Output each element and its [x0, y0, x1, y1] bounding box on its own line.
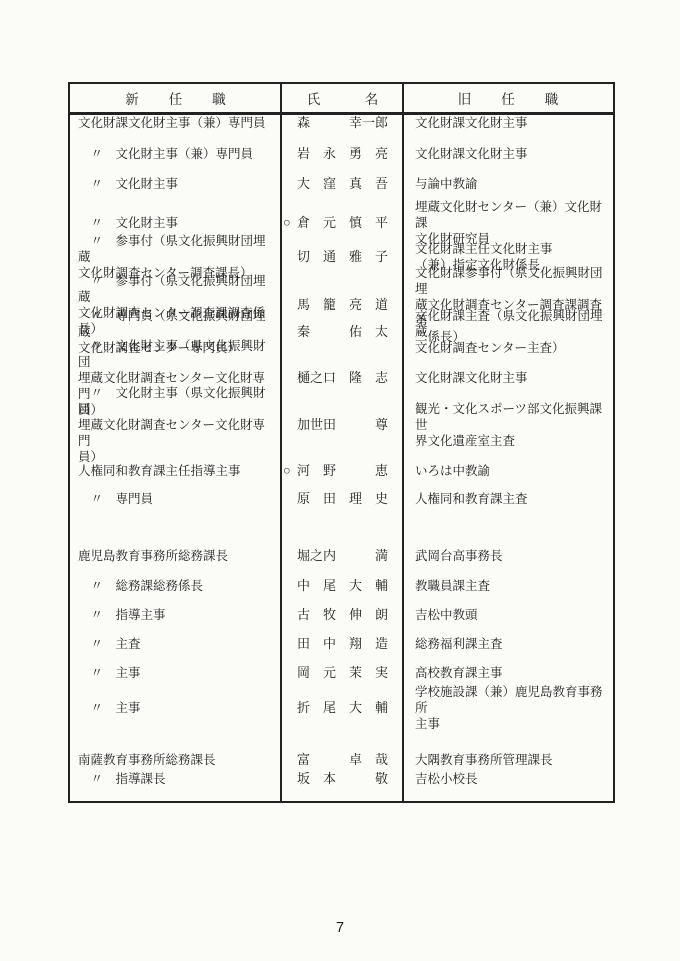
person-name: 折 尾 大 輔 — [297, 700, 388, 715]
person-name: 堀之内 満 — [297, 548, 388, 563]
person-name: 加世田 尊 — [297, 417, 388, 432]
table-row: 〃 文化財主事大 窪 真 吾与論中教諭 — [70, 176, 613, 192]
old-position-cell: 大隅教育事務所管理課長 — [404, 752, 613, 768]
person-name: 坂 本 敬 — [297, 771, 388, 786]
name-cell: 古 牧 伸 朗 — [282, 607, 404, 623]
old-position-cell: 吉松中教頭 — [404, 607, 613, 623]
new-position-cell: 〃 主事 — [70, 700, 282, 716]
name-cell: ○河 野 恵 — [282, 463, 404, 479]
page-number: 7 — [0, 920, 680, 936]
person-name: 大 窪 真 吾 — [297, 176, 388, 191]
person-name: 中 尾 大 輔 — [297, 578, 388, 593]
old-position-cell: 文化財課文化財主事 — [404, 146, 613, 162]
name-cell: 切 通 雅 子 — [282, 249, 404, 265]
new-position-cell: 〃 専門員 — [70, 491, 282, 507]
old-position-cell: 人権同和教育課主査 — [404, 491, 613, 507]
person-name: 富 卓 哉 — [297, 752, 388, 767]
name-cell: 樋之口 隆 志 — [282, 370, 404, 386]
table-row: 〃 文化財主事（兼）専門員岩 永 勇 亮文化財課文化財主事 — [70, 146, 613, 162]
name-cell: 富 卓 哉 — [282, 752, 404, 768]
table-row: 人権同和教育課主任指導主事○河 野 恵いろは中教諭 — [70, 463, 613, 479]
new-position-cell: 〃 文化財主事 — [70, 176, 282, 192]
header-new-position: 新 任 職 — [70, 88, 282, 108]
old-position-cell: 総務福利課主査 — [404, 636, 613, 652]
header-old-position: 旧 任 職 — [404, 88, 613, 108]
new-position-cell: 〃 指導課長 — [70, 771, 282, 787]
new-position-cell: 〃 指導主事 — [70, 607, 282, 623]
person-name: 岩 永 勇 亮 — [297, 146, 388, 161]
person-name: 秦 佑 太 — [297, 324, 388, 339]
table-row: 〃 文化財主事（県文化振興財団 埋蔵文化財調査センター文化財専門 員）加世田 尊… — [70, 385, 613, 465]
new-position-cell: 〃 主事 — [70, 665, 282, 681]
name-cell: 中 尾 大 輔 — [282, 578, 404, 594]
person-name: 森 幸一郎 — [297, 115, 388, 130]
name-cell: 森 幸一郎 — [282, 115, 404, 131]
new-position-cell: 南薩教育事務所総務課長 — [70, 752, 282, 768]
old-position-cell: 観光・文化スポーツ部文化振興課世 界文化遺産室主査 — [404, 401, 613, 449]
person-name: 河 野 恵 — [297, 463, 388, 478]
table-row: 〃 指導課長坂 本 敬吉松小校長 — [70, 771, 613, 787]
selection-circle-icon: ○ — [283, 465, 291, 478]
table-row: 〃 総務課総務係長中 尾 大 輔教職員課主査 — [70, 578, 613, 594]
old-position-cell: 高校教育課主事 — [404, 665, 613, 681]
old-position-cell: 文化財課文化財主事 — [404, 115, 613, 131]
new-position-cell: 〃 文化財主事（兼）専門員 — [70, 146, 282, 162]
person-name: 倉 元 慎 平 — [297, 215, 388, 230]
table-body: 文化財課文化財主事（兼）専門員森 幸一郎文化財課文化財主事 〃 文化財主事（兼）… — [70, 115, 613, 801]
table-row: 〃 主事折 尾 大 輔学校施設課（兼）鹿児島教育事務所 主事 — [70, 684, 613, 732]
person-name: 岡 元 茉 実 — [297, 665, 388, 680]
person-name: 樋之口 隆 志 — [297, 370, 388, 385]
name-cell: 大 窪 真 吾 — [282, 176, 404, 192]
table-row: 〃 専門員原 田 理 史人権同和教育課主査 — [70, 491, 613, 507]
name-cell: 折 尾 大 輔 — [282, 700, 404, 716]
old-position-cell: 学校施設課（兼）鹿児島教育事務所 主事 — [404, 684, 613, 732]
selection-circle-icon: ○ — [283, 217, 291, 230]
old-position-cell: 教職員課主査 — [404, 578, 613, 594]
new-position-cell: 文化財課文化財主事（兼）専門員 — [70, 115, 282, 131]
person-name: 切 通 雅 子 — [297, 249, 388, 264]
new-position-cell: 〃 総務課総務係長 — [70, 578, 282, 594]
table-row: 〃 主査田 中 翔 造総務福利課主査 — [70, 636, 613, 652]
table-row: 南薩教育事務所総務課長富 卓 哉大隅教育事務所管理課長 — [70, 752, 613, 768]
new-position-cell: 人権同和教育課主任指導主事 — [70, 463, 282, 479]
name-cell: 岡 元 茉 実 — [282, 665, 404, 681]
old-position-cell: 与論中教諭 — [404, 176, 613, 192]
person-name: 田 中 翔 造 — [297, 636, 388, 651]
table-header-row: 新 任 職 氏 名 旧 任 職 — [70, 84, 613, 115]
name-cell: 堀之内 満 — [282, 548, 404, 564]
name-cell: 岩 永 勇 亮 — [282, 146, 404, 162]
new-position-cell: 〃 文化財主事 — [70, 215, 282, 231]
name-cell: 加世田 尊 — [282, 417, 404, 433]
old-position-cell: 文化財課文化財主事 — [404, 370, 613, 386]
header-name: 氏 名 — [282, 88, 404, 108]
table-row: 鹿児島教育事務所総務課長堀之内 満武岡台高事務長 — [70, 548, 613, 564]
name-cell: 坂 本 敬 — [282, 771, 404, 787]
name-cell: 原 田 理 史 — [282, 491, 404, 507]
table-row: 文化財課文化財主事（兼）専門員森 幸一郎文化財課文化財主事 — [70, 115, 613, 131]
person-name: 原 田 理 史 — [297, 491, 388, 506]
personnel-transfer-table: 新 任 職 氏 名 旧 任 職 文化財課文化財主事（兼）専門員森 幸一郎文化財課… — [68, 82, 615, 803]
old-position-cell: 吉松小校長 — [404, 771, 613, 787]
table-row: 〃 指導主事古 牧 伸 朗吉松中教頭 — [70, 607, 613, 623]
name-cell: 田 中 翔 造 — [282, 636, 404, 652]
new-position-cell: 〃 主査 — [70, 636, 282, 652]
new-position-cell: 鹿児島教育事務所総務課長 — [70, 548, 282, 564]
name-cell: ○倉 元 慎 平 — [282, 215, 404, 231]
table-row: 〃 主事岡 元 茉 実高校教育課主事 — [70, 665, 613, 681]
old-position-cell: いろは中教諭 — [404, 463, 613, 479]
new-position-cell: 〃 文化財主事（県文化振興財団 埋蔵文化財調査センター文化財専門 員） — [70, 385, 282, 465]
person-name: 古 牧 伸 朗 — [297, 607, 388, 622]
old-position-cell: 武岡台高事務長 — [404, 548, 613, 564]
